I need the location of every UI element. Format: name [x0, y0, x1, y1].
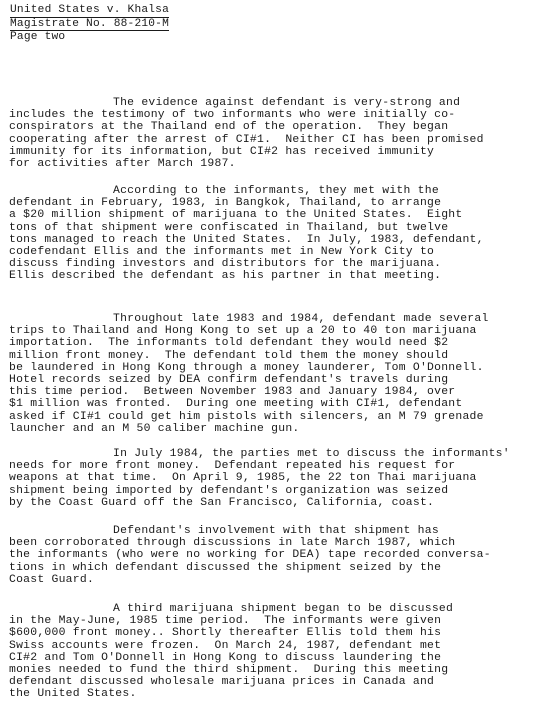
text-line: this time period. Between November 1983 …: [9, 386, 489, 398]
text-line: the informants (who were no working for …: [9, 549, 491, 561]
document-header: United States v. Khalsa Magistrate No. 8…: [10, 4, 169, 44]
paragraph-evidence: The evidence against defendant is very-s…: [9, 97, 484, 170]
case-title-line: United States v. Khalsa: [10, 4, 169, 18]
paragraph-informants-meeting: According to the informants, they met wi…: [9, 185, 484, 283]
paragraph-corroboration: Defendant's involvement with that shipme…: [9, 525, 491, 586]
text-line: includes the testimony of two informants…: [9, 109, 484, 121]
text-line: According to the informants, they met wi…: [9, 185, 484, 197]
text-line: tons of that shipment were confiscated i…: [9, 222, 484, 234]
text-line: In July 1984, the parties met to discuss…: [9, 448, 510, 460]
text-line: discuss finding investors and distributo…: [9, 258, 484, 270]
text-line: Defendant's involvement with that shipme…: [9, 525, 491, 537]
text-line: tions in which defendant discussed the s…: [9, 562, 491, 574]
document-page: United States v. Khalsa Magistrate No. 8…: [0, 0, 556, 714]
magistrate-number-line: Magistrate No. 88-210-M: [10, 18, 169, 32]
text-line: shipment being imported by defendant's o…: [9, 485, 510, 497]
paragraph-trips: Throughout late 1983 and 1984, defendant…: [9, 313, 489, 435]
text-line: defendant in February, 1983, in Bangkok,…: [9, 197, 484, 209]
text-line: been corroborated through discussions in…: [9, 537, 491, 549]
text-line: Swiss accounts were frozen. On March 24,…: [9, 640, 453, 652]
text-line: Throughout late 1983 and 1984, defendant…: [9, 313, 489, 325]
text-line: codefendant Ellis and the informants met…: [9, 246, 484, 258]
text-line: defendant discussed wholesale marijuana …: [9, 676, 453, 688]
text-line: CI#2 and Tom O'Donnell in Hong Kong to d…: [9, 652, 453, 664]
case-title: United States v. Khalsa: [10, 5, 169, 18]
text-line: conspirators at the Thailand end of the …: [9, 121, 484, 133]
text-line: A third marijuana shipment began to be d…: [9, 603, 453, 615]
paragraph-july-1984: In July 1984, the parties met to discuss…: [9, 448, 510, 509]
text-line: weapons at that time. On April 9, 1985, …: [9, 472, 510, 484]
text-line: $1 million was fronted. During one meeti…: [9, 398, 489, 410]
text-line: asked if CI#1 could get him pistols with…: [9, 411, 489, 423]
text-line: a $20 million shipment of marijuana to t…: [9, 209, 484, 221]
paragraph-third-shipment: A third marijuana shipment began to be d…: [9, 603, 453, 701]
text-line: the United States.: [9, 688, 453, 700]
text-line: Hotel records seized by DEA confirm defe…: [9, 374, 489, 386]
text-line: monies needed to fund the third shipment…: [9, 664, 453, 676]
text-line: million front money. The defendant told …: [9, 350, 489, 362]
text-line: needs for more front money. Defendant re…: [9, 460, 510, 472]
text-line: immunity for its information, but CI#2 h…: [9, 146, 484, 158]
text-line: in the May-June, 1985 time period. The i…: [9, 615, 453, 627]
text-line: $600,000 front money.. Shortly thereafte…: [9, 627, 453, 639]
text-line: importation. The informants told defenda…: [9, 337, 489, 349]
page-number: Page two: [10, 31, 169, 44]
text-line: by the Coast Guard off the San Francisco…: [9, 497, 510, 509]
text-line: trips to Thailand and Hong Kong to set u…: [9, 325, 489, 337]
text-line: cooperating after the arrest of CI#1. Ne…: [9, 134, 484, 146]
text-line: launcher and an M 50 caliber machine gun…: [9, 423, 489, 435]
text-line: Coast Guard.: [9, 574, 491, 586]
magistrate-number: Magistrate No. 88-210-M: [10, 19, 169, 32]
text-line: Ellis described the defendant as his par…: [9, 270, 484, 282]
text-line: tons managed to reach the United States.…: [9, 234, 484, 246]
text-line: for activities after March 1987.: [9, 158, 484, 170]
text-line: be laundered in Hong Kong through a mone…: [9, 362, 489, 374]
text-line: The evidence against defendant is very-s…: [9, 97, 484, 109]
